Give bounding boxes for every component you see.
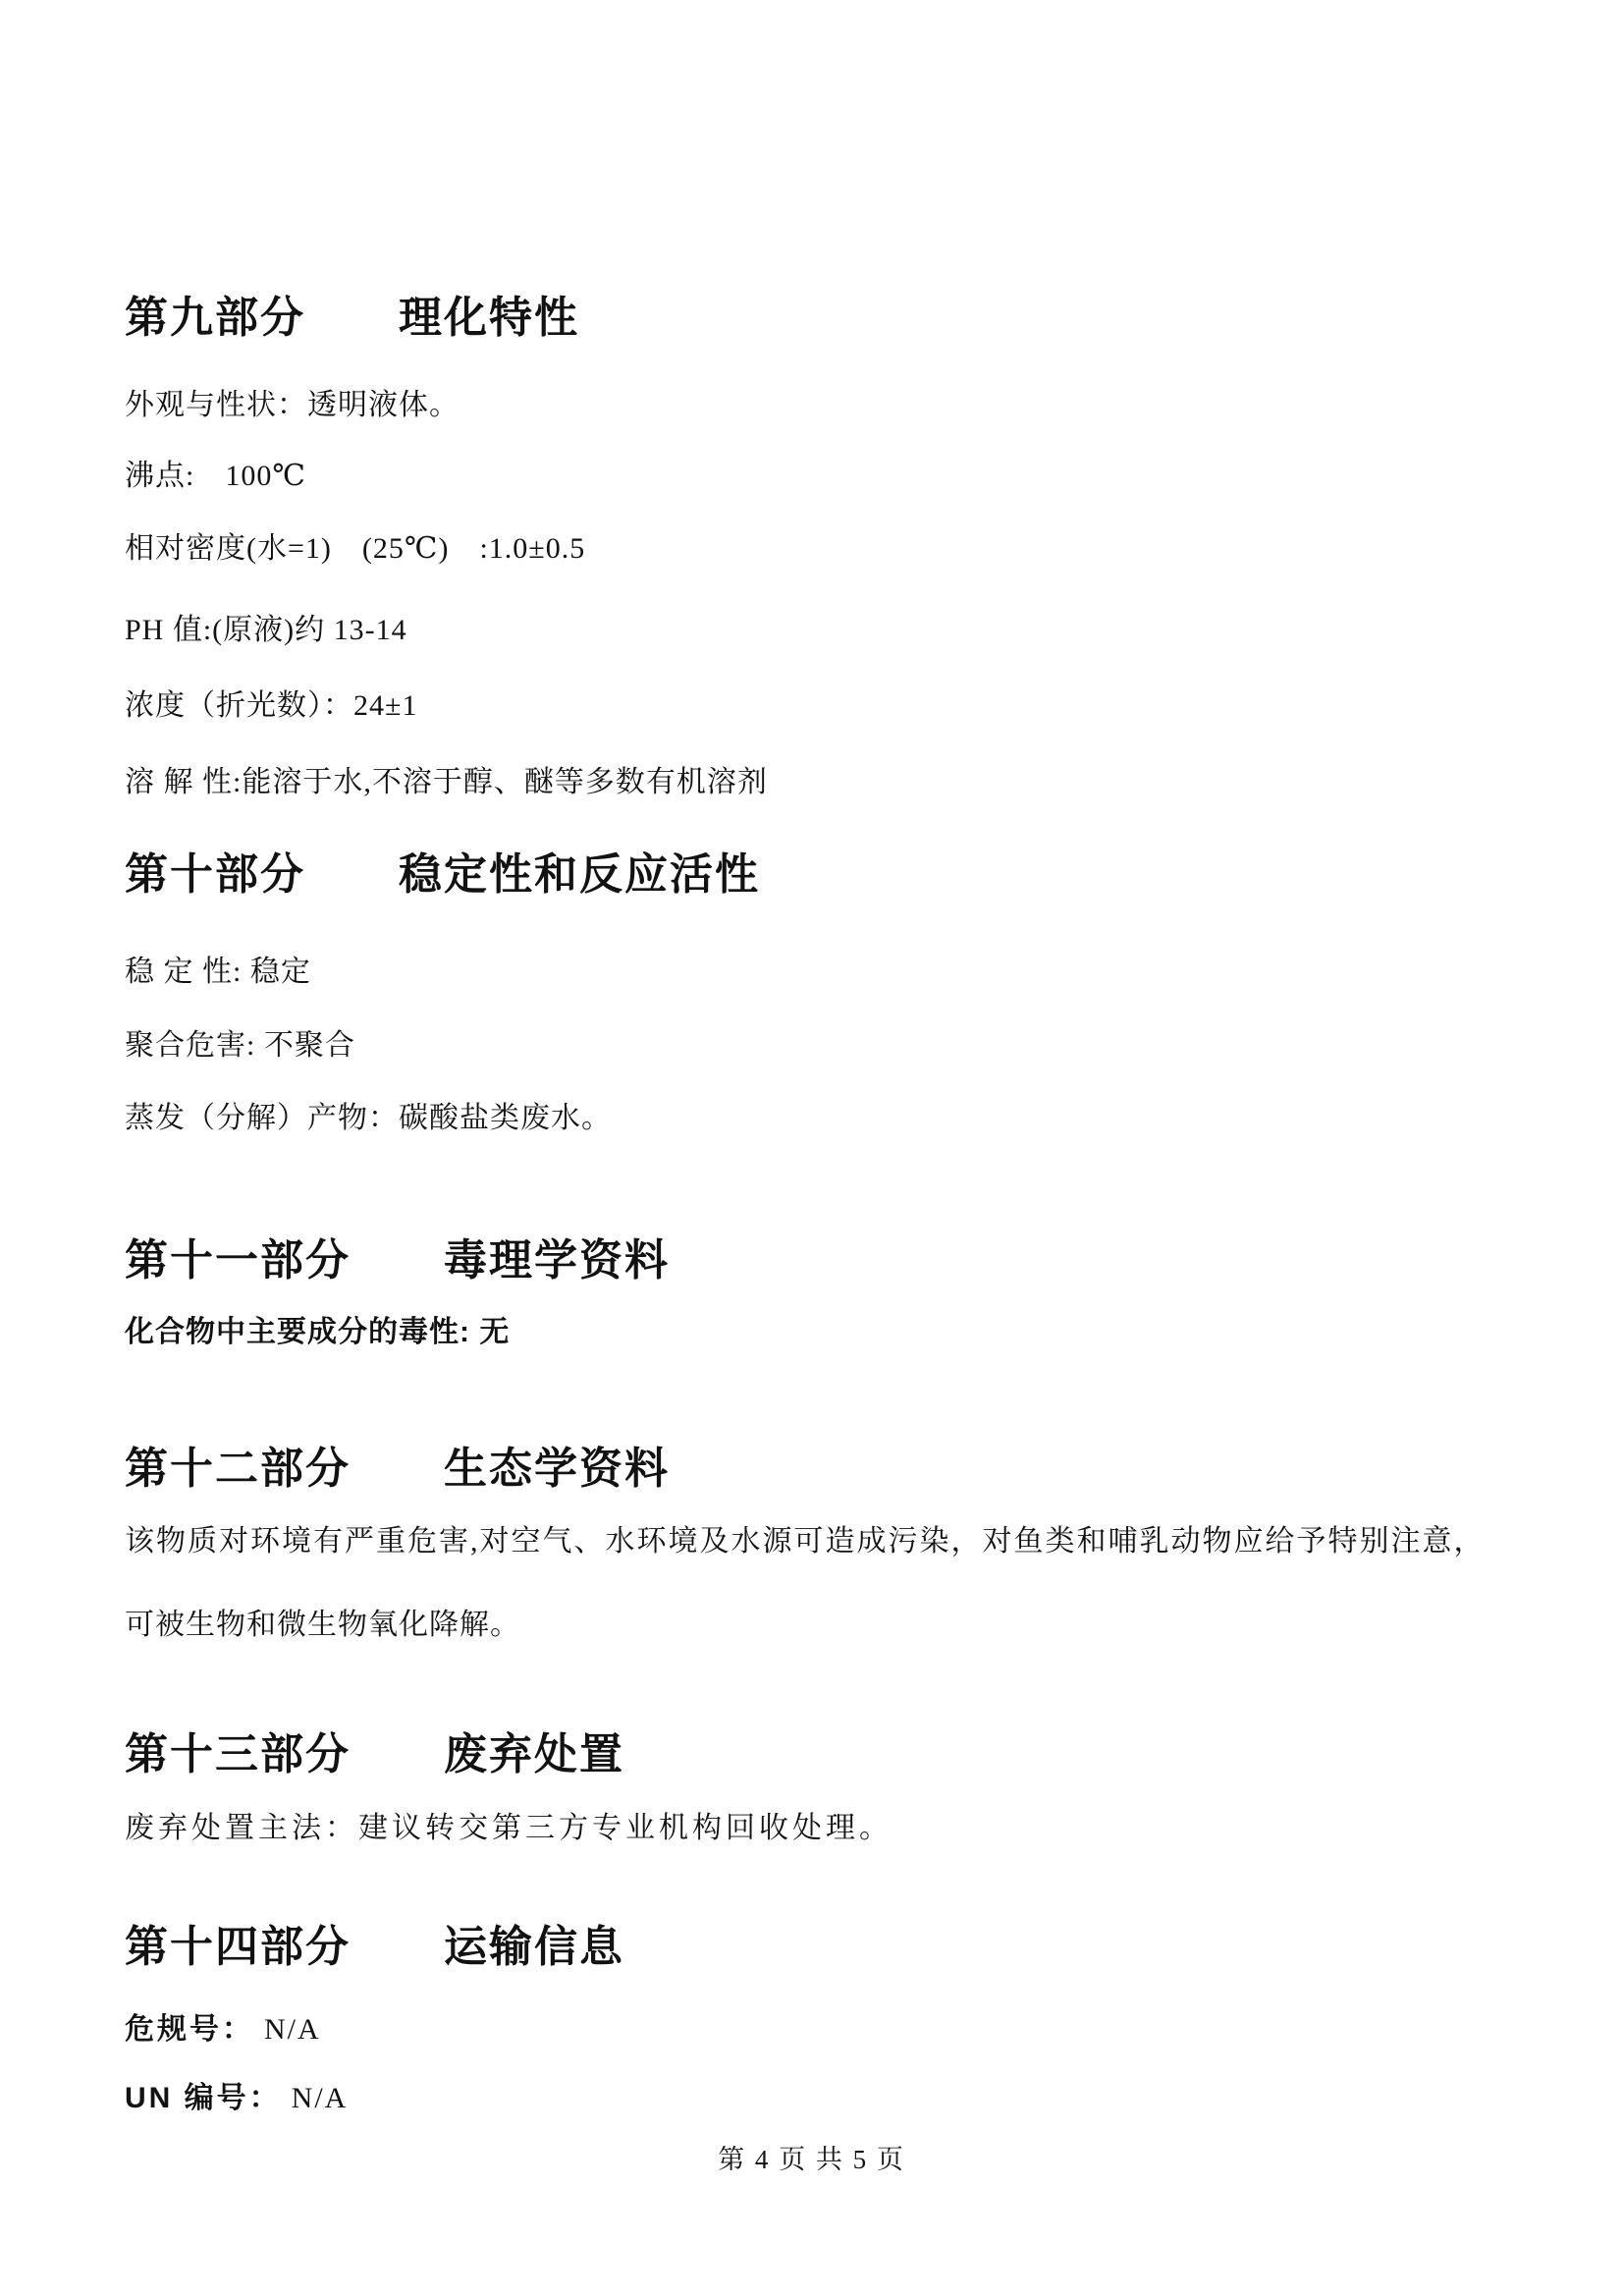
section-9-heading: 第九部分理化特性 xyxy=(125,295,1505,342)
page-number-footer: 第 4 页 共 5 页 xyxy=(0,2144,1623,2175)
section-11-title: 毒理学资料 xyxy=(444,1236,670,1285)
section-11-heading: 第十一部分毒理学资料 xyxy=(125,1237,1505,1285)
hazard-code-label: 危规号： xyxy=(125,2013,254,2046)
section-12-title: 生态学资料 xyxy=(444,1445,670,1493)
decomposition-products-line: 蒸发（分解）产物：碳酸盐类废水。 xyxy=(125,1100,1505,1137)
concentration-line: 浓度（折光数）：24±1 xyxy=(125,687,1505,725)
section-10-heading: 第十部分稳定性和反应活性 xyxy=(125,851,1505,899)
un-number-label: UN 编号： xyxy=(125,2082,282,2114)
hazard-code-line: 危规号：N/A xyxy=(125,2011,1505,2049)
appearance-line: 外观与性状：透明液体。 xyxy=(125,387,1505,424)
section-9-number: 第九部分 xyxy=(125,295,305,342)
section-14-title: 运输信息 xyxy=(444,1923,624,1971)
boiling-point-line: 沸点: 100℃ xyxy=(125,458,1505,495)
relative-density-line: 相对密度(水=1) (25℃) :1.0±0.5 xyxy=(125,530,1505,568)
solubility-line: 溶 解 性:能溶于水,不溶于醇、醚等多数有机溶剂 xyxy=(125,764,1505,801)
section-13-title: 废弃处置 xyxy=(444,1730,624,1778)
section-11-number: 第十一部分 xyxy=(125,1237,351,1285)
ecology-line-2: 可被生物和微生物氧化降解。 xyxy=(125,1607,1505,1644)
hazard-code-value: N/A xyxy=(264,2013,321,2046)
section-13-heading: 第十三部分废弃处置 xyxy=(125,1731,1505,1778)
stability-line: 稳 定 性: 稳定 xyxy=(125,954,1505,991)
section-9-title: 理化特性 xyxy=(399,294,579,342)
section-12-heading: 第十二部分生态学资料 xyxy=(125,1446,1505,1493)
section-14-heading: 第十四部分运输信息 xyxy=(125,1924,1505,1971)
msds-document-page: 第九部分理化特性 外观与性状：透明液体。 沸点: 100℃ 相对密度(水=1) … xyxy=(0,0,1623,2296)
ecology-line-1: 该物质对环境有严重危害,对空气、水环境及水源可造成污染，对鱼类和哺乳动物应给予特… xyxy=(125,1523,1505,1560)
un-number-line: UN 编号：N/A xyxy=(125,2080,1505,2117)
section-10-number: 第十部分 xyxy=(125,851,305,899)
section-10-title: 稳定性和反应活性 xyxy=(399,850,760,899)
section-12-number: 第十二部分 xyxy=(125,1446,351,1493)
ph-value-line: PH 值:(原液)约 13-14 xyxy=(125,612,1505,649)
section-14-number: 第十四部分 xyxy=(125,1924,351,1971)
polymerization-hazard-line: 聚合危害: 不聚合 xyxy=(125,1027,1505,1065)
disposal-method-line: 废弃处置主法：建议转交第三方专业机构回收处理。 xyxy=(125,1810,1505,1847)
section-13-number: 第十三部分 xyxy=(125,1731,351,1778)
toxicity-line: 化合物中主要成分的毒性: 无 xyxy=(125,1314,1505,1351)
un-number-value: N/A xyxy=(292,2082,349,2114)
